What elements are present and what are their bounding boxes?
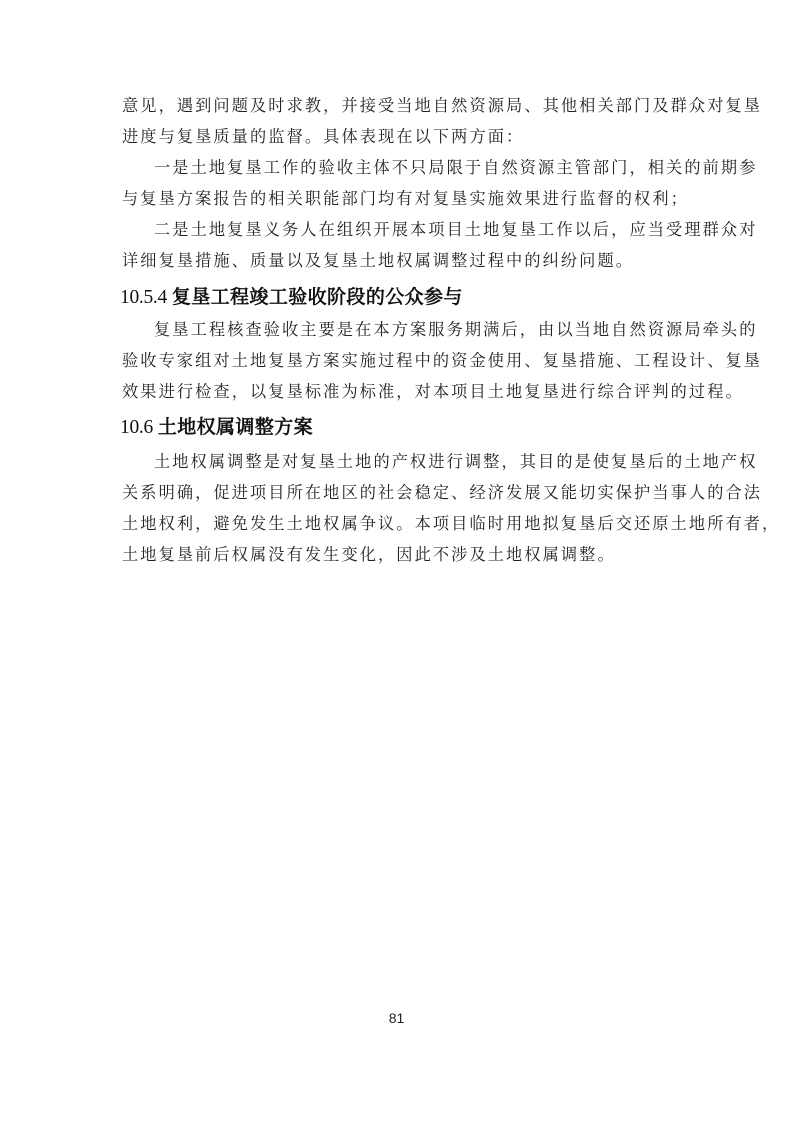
paragraph-line: 进度与复垦质量的监督。具体表现在以下两方面： [122, 127, 674, 147]
section-number: 10.5.4 [120, 287, 167, 308]
document-page: 意见，遇到问题及时求教，并接受当地自然资源局、其他相关部门及群众对复垦 进度与复… [0, 0, 793, 1122]
section-heading-10-6: 10.6 土地权属调整方案 [120, 415, 313, 440]
paragraph-line: 关系明确，促进项目所在地区的社会稳定、经济发展又能切实保护当事人的合法 [122, 483, 674, 503]
paragraph-line: 一是土地复垦工作的验收主体不只局限于自然资源主管部门，相关的前期参 [154, 158, 706, 178]
paragraph-line: 验收专家组对土地复垦方案实施过程中的资金使用、复垦措施、工程设计、复垦 [122, 351, 674, 371]
section-title: 复垦工程竣工验收阶段的公众参与 [172, 286, 463, 308]
paragraph-line: 详细复垦措施、质量以及复垦土地权属调整过程中的纠纷问题。 [122, 251, 674, 271]
section-heading-10-5-4: 10.5.4 复垦工程竣工验收阶段的公众参与 [120, 285, 463, 310]
paragraph-line: 效果进行检查，以复垦标准为标准，对本项目土地复垦进行综合评判的过程。 [122, 382, 674, 402]
paragraph-line: 复垦工程核查验收主要是在本方案服务期满后，由以当地自然资源局牵头的 [154, 320, 706, 340]
section-title: 土地权属调整方案 [158, 416, 313, 438]
paragraph-line: 土地权利，避免发生土地权属争议。本项目临时用地拟复垦后交还原土地所有者， [122, 514, 674, 534]
paragraph-line: 土地复垦前后权属没有发生变化，因此不涉及土地权属调整。 [122, 545, 674, 565]
paragraph-line: 意见，遇到问题及时求教，并接受当地自然资源局、其他相关部门及群众对复垦 [122, 96, 674, 116]
paragraph-line: 二是土地复垦义务人在组织开展本项目土地复垦工作以后，应当受理群众对 [154, 220, 706, 240]
paragraph-line: 与复垦方案报告的相关职能部门均有对复垦实施效果进行监督的权利； [122, 189, 674, 209]
page-number: 81 [0, 1010, 793, 1026]
section-number: 10.6 [120, 417, 153, 438]
paragraph-line: 土地权属调整是对复垦土地的产权进行调整，其目的是使复垦后的土地产权 [154, 452, 706, 472]
